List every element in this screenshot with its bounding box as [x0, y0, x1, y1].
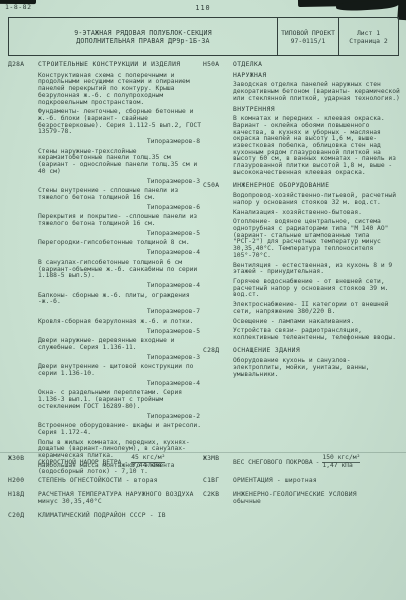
section-code: Н50А — [203, 62, 231, 180]
wind-label: СКОРОСТНОЙ НАПОР ВЕТРА — [38, 459, 121, 466]
paragraph: Вентиляция - естественная, из кухонь 8 и… — [233, 263, 401, 276]
paragraph: Окна- с раздельными переплетами. Серия 1… — [38, 390, 202, 410]
section-engineering: С50А ИНЖЕНЕРНОЕ ОБОРУДОВАНИЕ Водопровод-… — [203, 183, 401, 345]
document-title: 9-ЭТАЖНАЯ РЯДОВАЯ ПОЛУБЛОК-СЕКЦИЯ ДОПОЛН… — [9, 18, 277, 55]
paragraph: Электроснабжение- II категории от внешне… — [233, 302, 401, 315]
section-body: СТРОИТЕЛЬНЫЕ КОНСТРУКЦИИ И ИЗДЕЛИЯ Конст… — [38, 62, 202, 479]
snow-value-kpa: 1,47 кПа — [322, 463, 360, 470]
row-code: С2КВ — [203, 491, 231, 505]
title-stamp-table: 9-ЭТАЖНАЯ РЯДОВАЯ ПОЛУБЛОК-СЕКЦИЯ ДОПОЛН… — [8, 17, 399, 56]
wind-value: 45 кгс/м² 0,44 кПа — [131, 455, 165, 470]
paragraph: Оборудование кухонь и санузлов- электроп… — [233, 358, 401, 378]
section-code: Д28А — [8, 62, 36, 479]
subheading-exterior: НАРУЖНАЯ — [233, 73, 401, 80]
section-constructions: Д28А СТРОИТЕЛЬНЫЕ КОНСТРУКЦИИ И ИЗДЕЛИЯ … — [8, 62, 202, 479]
paragraph: Конструктивная схема с поперечными и про… — [38, 73, 202, 107]
paragraph: Заводская отделка панелей наружных стен … — [233, 82, 401, 102]
section-body: ИНЖЕНЕРНОЕ ОБОРУДОВАНИЕ Водопровод-хозяй… — [233, 183, 401, 345]
section-equipment: С28Д ОСНАЩЕНИЕ ЗДАНИЯ Оборудование кухон… — [203, 348, 401, 382]
left-column: Д28А СТРОИТЕЛЬНЫЕ КОНСТРУКЦИИ И ИЗДЕЛИЯ … — [8, 62, 202, 479]
paragraph: Перекрытия и покрытие- -сплошные панели … — [38, 214, 202, 227]
paragraph: Водопровод-хозяйственно-питьевой, расчет… — [233, 193, 401, 206]
type-sizes-note: Типоразмеров-5 — [38, 231, 200, 238]
paragraph: Балконы- сборные ж.-б. плиты, ограждения… — [38, 293, 202, 306]
footer-left: Ж30В СКОРОСТНОЙ НАПОР ВЕТРА - 45 кгс/м² … — [8, 455, 202, 526]
type-sizes-note: Типоразмеров-7 — [38, 309, 200, 316]
row-code: С1ВГ — [203, 477, 231, 484]
row-code: Н18Д — [8, 491, 36, 505]
sheet-cell: Лист 1 Страница 2 — [338, 18, 398, 55]
project-number: 97-0115/1 — [291, 37, 326, 45]
paragraph: В санузлах-гипсобетонные толщиной 6 см (… — [38, 260, 202, 280]
dash: - — [124, 459, 128, 466]
type-sizes-note: Типоразмеров-4 — [38, 250, 200, 257]
paragraph: Стены наружные-трехслойные керамзитобето… — [38, 149, 202, 176]
paragraph: Отопление- водяное центральное, система … — [233, 219, 401, 259]
row-content: ВЕС СНЕГОВОГО ПОКРОВА - 150 кгс/м² 1,47 … — [233, 455, 401, 470]
fire-resistance-row: Н200 СТЕПЕНЬ ОГНЕСТОЙКОСТИ - вторая — [8, 477, 202, 484]
paragraph: Горячее водоснабжение - от внешней сети,… — [233, 279, 401, 299]
sheet-label: Лист 1 — [357, 29, 380, 37]
type-sizes-note: Типоразмеров-3 — [38, 355, 200, 362]
paragraph: Двери внутренние - щитовой конструкции п… — [38, 364, 202, 377]
type-sizes-note: Типоразмеров-6 — [38, 205, 200, 212]
geology-text: ИНЖЕНЕРНО-ГЕОЛОГИЧЕСКИЕ УСЛОВИЯ обычные — [233, 491, 401, 505]
paragraph: Устройства связи- радиотрансляция, колле… — [233, 328, 401, 341]
row-code: Ж3МВ — [203, 455, 231, 470]
section-finish: Н50А ОТДЕЛКА НАРУЖНАЯ Заводская отделка … — [203, 62, 401, 180]
wind-value-kpa: 0,44 кПа — [131, 463, 165, 470]
climate-subregion-row: С20Д КЛИМАТИЧЕСКИЙ ПОДРАЙОН СССР - IВ — [8, 512, 202, 519]
geology-row: С2КВ ИНЖЕНЕРНО-ГЕОЛОГИЧЕСКИЕ УСЛОВИЯ обы… — [203, 491, 401, 505]
scanned-document-page: 1-8-82 110 9-ЭТАЖНАЯ РЯДОВАЯ ПОЛУБЛОК-СЕ… — [0, 0, 406, 600]
climate-subregion-text: КЛИМАТИЧЕСКИЙ ПОДРАЙОН СССР - IВ — [38, 512, 202, 519]
paragraph: Двери наружные- деревянные входные и слу… — [38, 338, 202, 351]
type-sizes-note: Типоразмеров-5 — [38, 329, 200, 336]
project-type-cell: ТИПОВОЙ ПРОЕКТ 97-0115/1 — [277, 18, 338, 55]
type-sizes-note: Типоразмеров-8 — [38, 139, 200, 146]
paragraph: Кровля-сборная безрулонная ж.-б. и лотки… — [38, 319, 202, 326]
section-body: ОТДЕЛКА НАРУЖНАЯ Заводская отделка панел… — [233, 62, 401, 180]
type-sizes-note: Типоразмеров-3 — [38, 179, 200, 186]
snow-label: ВЕС СНЕГОВОГО ПОКРОВА — [233, 459, 313, 466]
paragraph: Встроенное оборудование- шкафы и антресо… — [38, 423, 202, 436]
row-code: Ж30В — [8, 455, 36, 470]
wind-pressure-row: Ж30В СКОРОСТНОЙ НАПОР ВЕТРА - 45 кгс/м² … — [8, 455, 202, 470]
paragraph: В комнатах и передних - клеевая окраска.… — [233, 116, 401, 176]
dash: - — [316, 459, 320, 466]
orientation-row: С1ВГ ОРИЕНТАЦИЯ - широтная — [203, 477, 401, 484]
project-type-label: ТИПОВОЙ ПРОЕКТ — [281, 29, 335, 37]
section-heading: ИНЖЕНЕРНОЕ ОБОРУДОВАНИЕ — [233, 183, 401, 190]
section-code: С50А — [203, 183, 231, 345]
section-heading: СТРОИТЕЛЬНЫЕ КОНСТРУКЦИИ И ИЗДЕЛИЯ — [38, 62, 202, 69]
row-code: С20Д — [8, 512, 36, 519]
type-sizes-note: Типоразмеров-2 — [38, 414, 200, 421]
paragraph: Фундаменты- ленточные, сборные бетонные … — [38, 109, 202, 136]
page-label: Страница 2 — [349, 37, 387, 45]
right-column: Н50А ОТДЕЛКА НАРУЖНАЯ Заводская отделка … — [203, 62, 401, 381]
row-code: Н200 — [8, 477, 36, 484]
section-heading: ОСНАЩЕНИЕ ЗДАНИЯ — [233, 348, 401, 355]
orientation-text: ОРИЕНТАЦИЯ - широтная — [233, 477, 401, 484]
paragraph: Перегородки-гипсобетонные толщиной 8 см. — [38, 240, 202, 247]
snow-value: 150 кгс/м² 1,47 кПа — [322, 455, 360, 470]
row-content: СКОРОСТНОЙ НАПОР ВЕТРА - 45 кгс/м² 0,44 … — [38, 455, 202, 470]
paragraph: Освещение - лампами накаливания. — [233, 319, 401, 326]
type-sizes-note: Типоразмеров-4 — [38, 283, 200, 290]
section-body: ОСНАЩЕНИЕ ЗДАНИЯ Оборудование кухонь и с… — [233, 348, 401, 382]
section-heading: ОТДЕЛКА — [233, 62, 401, 69]
type-sizes-note: Типоразмеров-4 — [38, 381, 200, 388]
paragraph: Канализация- хозяйственно-бытовая. — [233, 210, 401, 217]
page-number: 110 — [0, 4, 406, 12]
section-code: С28Д — [203, 348, 231, 382]
design-temperature-row: Н18Д РАСЧЕТНАЯ ТЕМПЕРАТУРА НАРУЖНОГО ВОЗ… — [8, 491, 202, 505]
snow-load-row: Ж3МВ ВЕС СНЕГОВОГО ПОКРОВА - 150 кгс/м² … — [203, 455, 401, 470]
subheading-interior: ВНУТРЕННЯЯ — [233, 107, 401, 114]
paragraph: Стены внутренние - сплошные панели из тя… — [38, 188, 202, 201]
fire-resistance-text: СТЕПЕНЬ ОГНЕСТОЙКОСТИ - вторая — [38, 477, 202, 484]
design-temperature-text: РАСЧЕТНАЯ ТЕМПЕРАТУРА НАРУЖНОГО ВОЗДУХА … — [38, 491, 202, 505]
footer-right: Ж3МВ ВЕС СНЕГОВОГО ПОКРОВА - 150 кгс/м² … — [203, 455, 401, 512]
